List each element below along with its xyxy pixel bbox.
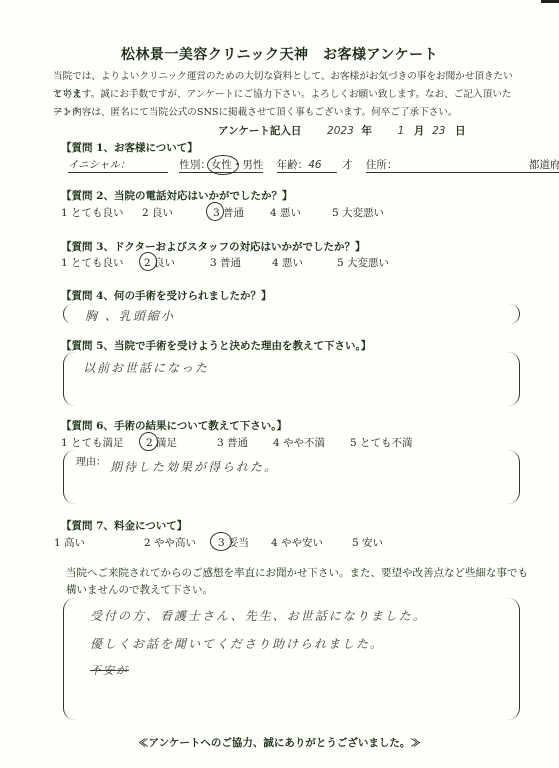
q2-selected-circle [206,202,224,221]
initial-label: イニシャル： [68,159,130,171]
q3-option-4[interactable]: 4 悪い [272,255,303,270]
q2-option-4[interactable]: 4 悪い [270,205,301,220]
scan-edge-mark [541,0,559,3]
survey-date: アンケート記入日 2023 年 1 月 23 日 [218,123,466,138]
q6-option-1[interactable]: 1 とても満足 [61,435,124,450]
date-year: 2023 [327,125,354,137]
feedback-struck-text: 不安が [90,662,129,678]
q2-heading: 【質問 2、当院の電話対応はいかがでしたか？】 [61,188,292,203]
gender-selected-circle [207,155,239,175]
q6-selected-circle [139,432,158,451]
date-year-unit: 年 [361,125,372,137]
q7-option-5[interactable]: 5 安い [352,535,383,550]
gender-field[interactable]: 性別：女性・男性 [179,157,263,173]
feedback-prompt-line-2: 構いませんので教えて下さい。 [66,582,213,597]
intro-line-3: ート内容は、匿名にて当院公式のSNSに掲載させて頂く事もございます。何卒ご了承下… [53,104,513,122]
q7-heading: 【質問 7、料金について】 [61,518,187,533]
q1-fields: イニシャル： 性別：女性・男性 年齢：46 才 住所：都道府県 [68,157,559,173]
date-month: 1 [398,125,405,137]
q6-heading: 【質問 6、手術の結果について教えて下さい。】 [61,418,287,433]
q3-option-1[interactable]: 1 とても良い [61,255,124,270]
address-field[interactable]: 住所：都道府県 [366,157,559,173]
address-suffix: 都道府県 [529,157,559,172]
q6-reason: 期待した効果が得られた。 [110,458,278,475]
q4-answer: 胸 、乳頭縮小 [85,307,175,324]
q5-heading: 【質問 5、当院で手術を受けようと決めた理由を教えて下さい。】 [61,338,371,353]
feedback-answer-line-1: 受付の方、看護士さん、先生、お世話になりました。 [90,607,427,624]
q6-reason-label: 理由： [76,453,106,468]
q7-option-2[interactable]: 2 やや高い [144,535,196,550]
q5-answer: 以前お世話になった [83,359,209,376]
q6-option-5[interactable]: 5 とても不満 [350,435,413,450]
q3-option-5[interactable]: 5 大変悪い [337,255,389,270]
footer-thanks: ≪アンケートへのご協力、誠にありがとうございました。≫ [0,735,559,750]
age-field[interactable]: 年齢：46 [277,157,337,173]
q3-heading: 【質問 3、ドクターおよびスタッフの対応はいかがでしたか？】 [61,239,366,254]
q7-option-4[interactable]: 4 やや安い [271,535,323,550]
q4-heading: 【質問 4、何の手術を受けられましたか？】 [61,288,271,303]
q2-option-2[interactable]: 2 良い [142,205,173,220]
q2-option-1[interactable]: 1 とても良い [61,205,124,220]
age-value: 46 [308,159,321,171]
gender-option-male[interactable]: 男性 [242,159,263,171]
address-label: 住所： [366,159,398,171]
gender-option-female[interactable]: 女性 [211,159,232,171]
q2-option-5[interactable]: 5 大変悪い [332,205,384,220]
q1-heading: 【質問 1、お客様について】 [61,140,198,155]
q6-option-3[interactable]: 3 普通 [217,435,248,450]
q6-option-4[interactable]: 4 やや不満 [273,435,325,450]
date-day-unit: 日 [455,125,466,137]
q3-selected-circle [139,252,157,271]
date-label: アンケート記入日 [218,125,301,137]
q7-option-1[interactable]: 1 高い [54,535,85,550]
survey-title: 松林景一美容クリニック天神 お客様アンケート [0,44,559,64]
q7-selected-circle [210,532,232,551]
age-label: 年齢： [277,159,309,171]
date-day: 23 [432,125,445,137]
age-unit: 才 [342,159,353,171]
q3-option-3[interactable]: 3 普通 [210,255,241,270]
feedback-answer-line-2: 優しくお話を聞いてくださり助けられました。 [90,635,384,652]
date-month-unit: 月 [414,125,425,137]
feedback-prompt-line-1: 当院へご来院されてからのご感想を率直にお聞かせ下さい。また、要望や改善点など些細… [66,565,528,580]
initial-field[interactable]: イニシャル： [68,157,168,173]
